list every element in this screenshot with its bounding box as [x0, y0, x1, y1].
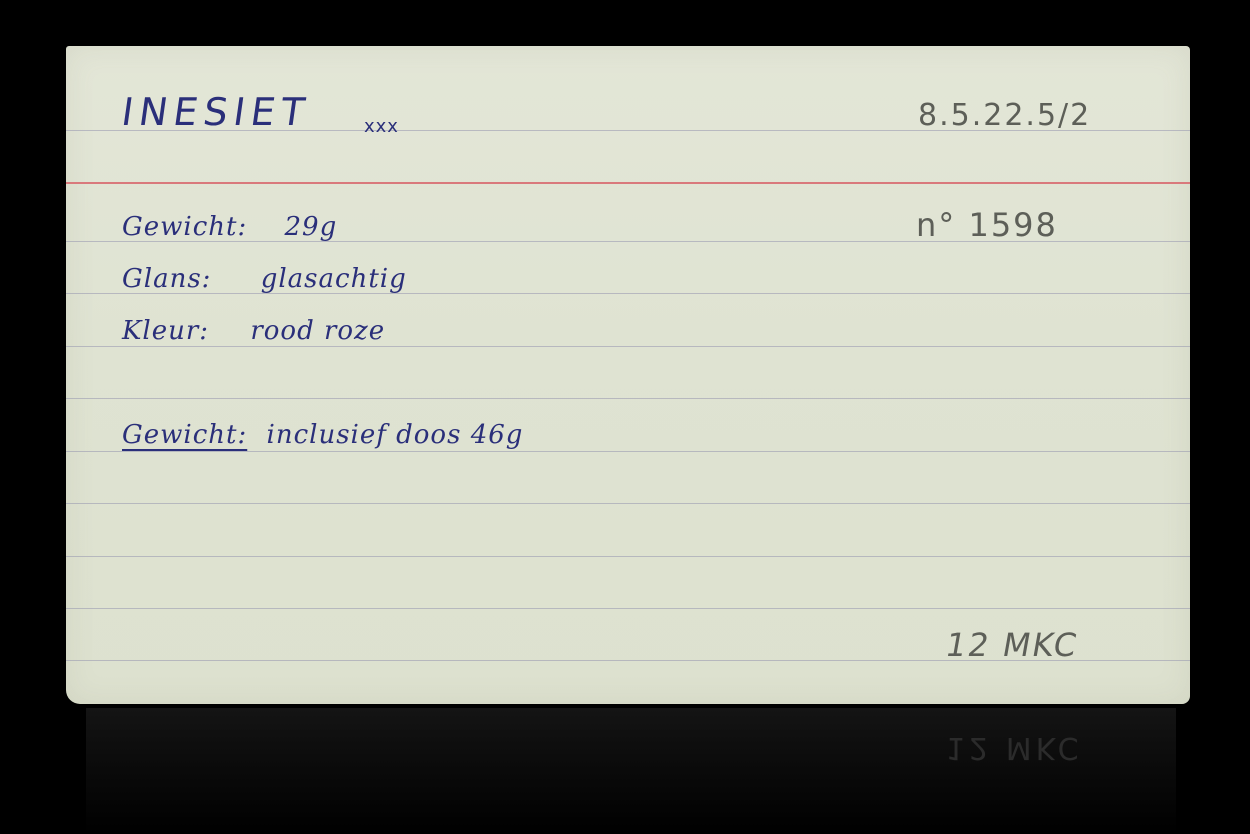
field-value: 29g	[285, 212, 338, 242]
ruled-line	[66, 556, 1190, 557]
field-value: rood roze	[250, 316, 385, 346]
catalog-number: n° 1598	[916, 206, 1058, 244]
field-weight: Gewicht: 29g	[122, 212, 337, 242]
ruled-line	[66, 398, 1190, 399]
collection-code: 12 MKC	[943, 626, 1082, 664]
reference-code: 8.5.22.5/2	[918, 98, 1091, 133]
field-color: Kleur: rood roze	[122, 316, 385, 346]
field-label: Gewicht:	[122, 212, 247, 242]
mineral-name: INESIET	[119, 90, 313, 134]
reflected-code: 12 MKC	[946, 730, 1083, 765]
field-label: Glans:	[122, 264, 211, 294]
ruled-line	[66, 346, 1190, 347]
note-value: inclusief doos 46g	[267, 420, 524, 450]
field-value: glasachtig	[261, 264, 407, 294]
header-red-line	[66, 182, 1190, 184]
weight-note: Gewicht: inclusief doos 46g	[122, 420, 523, 450]
card-reflection: 12 MKC	[86, 708, 1176, 834]
field-label: Kleur:	[122, 316, 209, 346]
ruled-line	[66, 503, 1190, 504]
ruled-line	[66, 608, 1190, 609]
index-card: INESIET xxx 8.5.22.5/2 n° 1598 Gewicht: …	[66, 46, 1190, 704]
ruled-line	[66, 451, 1190, 452]
note-label: Gewicht:	[122, 420, 247, 450]
quality-mark: xxx	[364, 116, 399, 137]
field-luster: Glans: glasachtig	[122, 264, 407, 294]
